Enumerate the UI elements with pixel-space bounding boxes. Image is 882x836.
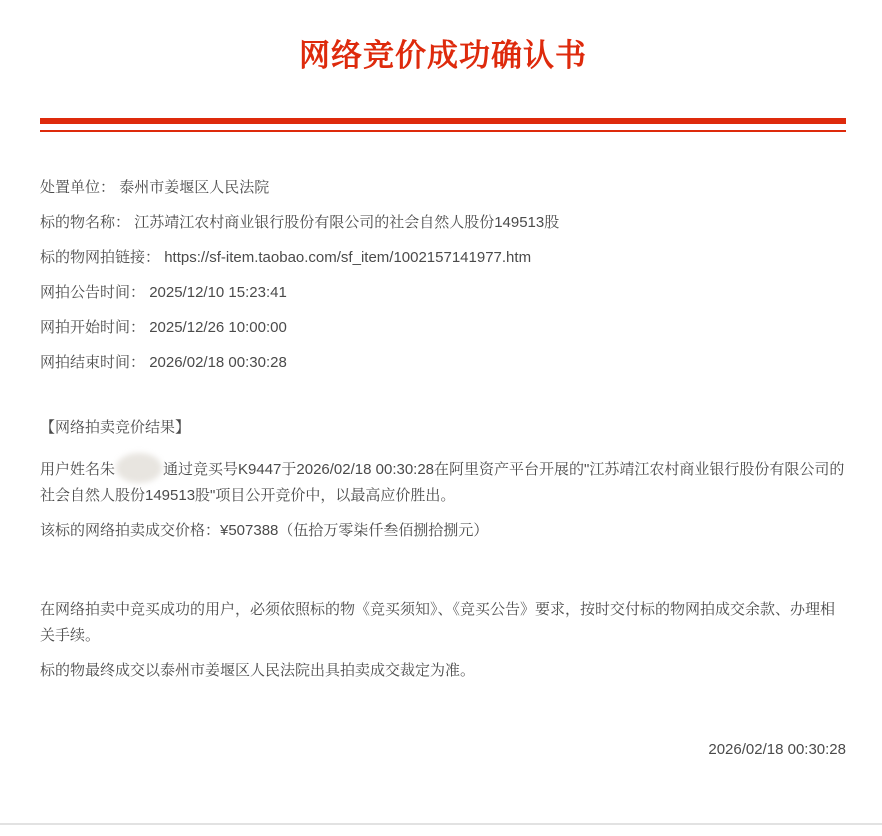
field-label: 处置单位： — [40, 179, 119, 196]
page-bottom-divider — [0, 823, 882, 825]
field-label: 网拍公告时间： — [40, 284, 149, 301]
field-row-end-time: 网拍结束时间：2026/02/18 00:30:28 — [40, 350, 846, 376]
confirmation-document: 网络竞价成功确认书 处置单位：泰州市姜堰区人民法院 标的物名称：江苏靖江农村商业… — [0, 0, 882, 763]
field-label: 网拍开始时间： — [40, 319, 149, 336]
result-section-heading: 【网络拍卖竞价结果】 — [40, 415, 846, 441]
footer-timestamp: 2026/02/18 00:30:28 — [40, 737, 846, 763]
header-rule-thick — [40, 118, 846, 124]
note-final-ruling: 标的物最终成交以泰州市姜堰区人民法院出具拍卖成交裁定为准。 — [40, 658, 846, 684]
field-row-auction-link: 标的物网拍链接：https://sf-item.taobao.com/sf_it… — [40, 245, 846, 271]
notes-block: 在网络拍卖中竞买成功的用户，必须依照标的物《竞买须知》、《竞买公告》要求，按时交… — [40, 597, 846, 684]
note-payment-obligation: 在网络拍卖中竞买成功的用户，必须依照标的物《竞买须知》、《竞买公告》要求，按时交… — [40, 597, 846, 649]
header-rules — [40, 118, 846, 132]
field-row-announce-time: 网拍公告时间：2025/12/10 15:23:41 — [40, 280, 846, 306]
field-value: 2025/12/26 10:00:00 — [149, 319, 287, 336]
page-title: 网络竞价成功确认书 — [40, 0, 846, 75]
field-list: 处置单位：泰州市姜堰区人民法院 标的物名称：江苏靖江农村商业银行股份有限公司的社… — [40, 175, 846, 376]
field-value: 江苏靖江农村商业银行股份有限公司的社会自然人股份149513股 — [134, 214, 559, 231]
field-value: 2026/02/18 00:30:28 — [149, 354, 287, 371]
field-value: 2025/12/10 15:23:41 — [149, 284, 287, 301]
winner-text-prefix: 用户姓名朱 — [40, 461, 115, 478]
header-rule-thin — [40, 130, 846, 132]
field-row-start-time: 网拍开始时间：2025/12/26 10:00:00 — [40, 315, 846, 341]
field-label: 标的物网拍链接： — [40, 249, 164, 266]
field-row-subject-name: 标的物名称：江苏靖江农村商业银行股份有限公司的社会自然人股份149513股 — [40, 210, 846, 236]
field-row-disposal-unit: 处置单位：泰州市姜堰区人民法院 — [40, 175, 846, 201]
auction-url-text: https://sf-item.taobao.com/sf_item/10021… — [164, 249, 531, 266]
field-value: 泰州市姜堰区人民法院 — [119, 179, 269, 196]
field-label: 网拍结束时间： — [40, 354, 149, 371]
winner-paragraph: 用户姓名朱通过竞买号K9447于2026/02/18 00:30:28在阿里资产… — [40, 453, 846, 509]
deal-price-line: 该标的网络拍卖成交价格：¥507388（伍拾万零柒仟叁佰捌拾捌元） — [40, 518, 846, 544]
redacted-name-blur — [116, 453, 162, 483]
field-label: 标的物名称： — [40, 214, 134, 231]
